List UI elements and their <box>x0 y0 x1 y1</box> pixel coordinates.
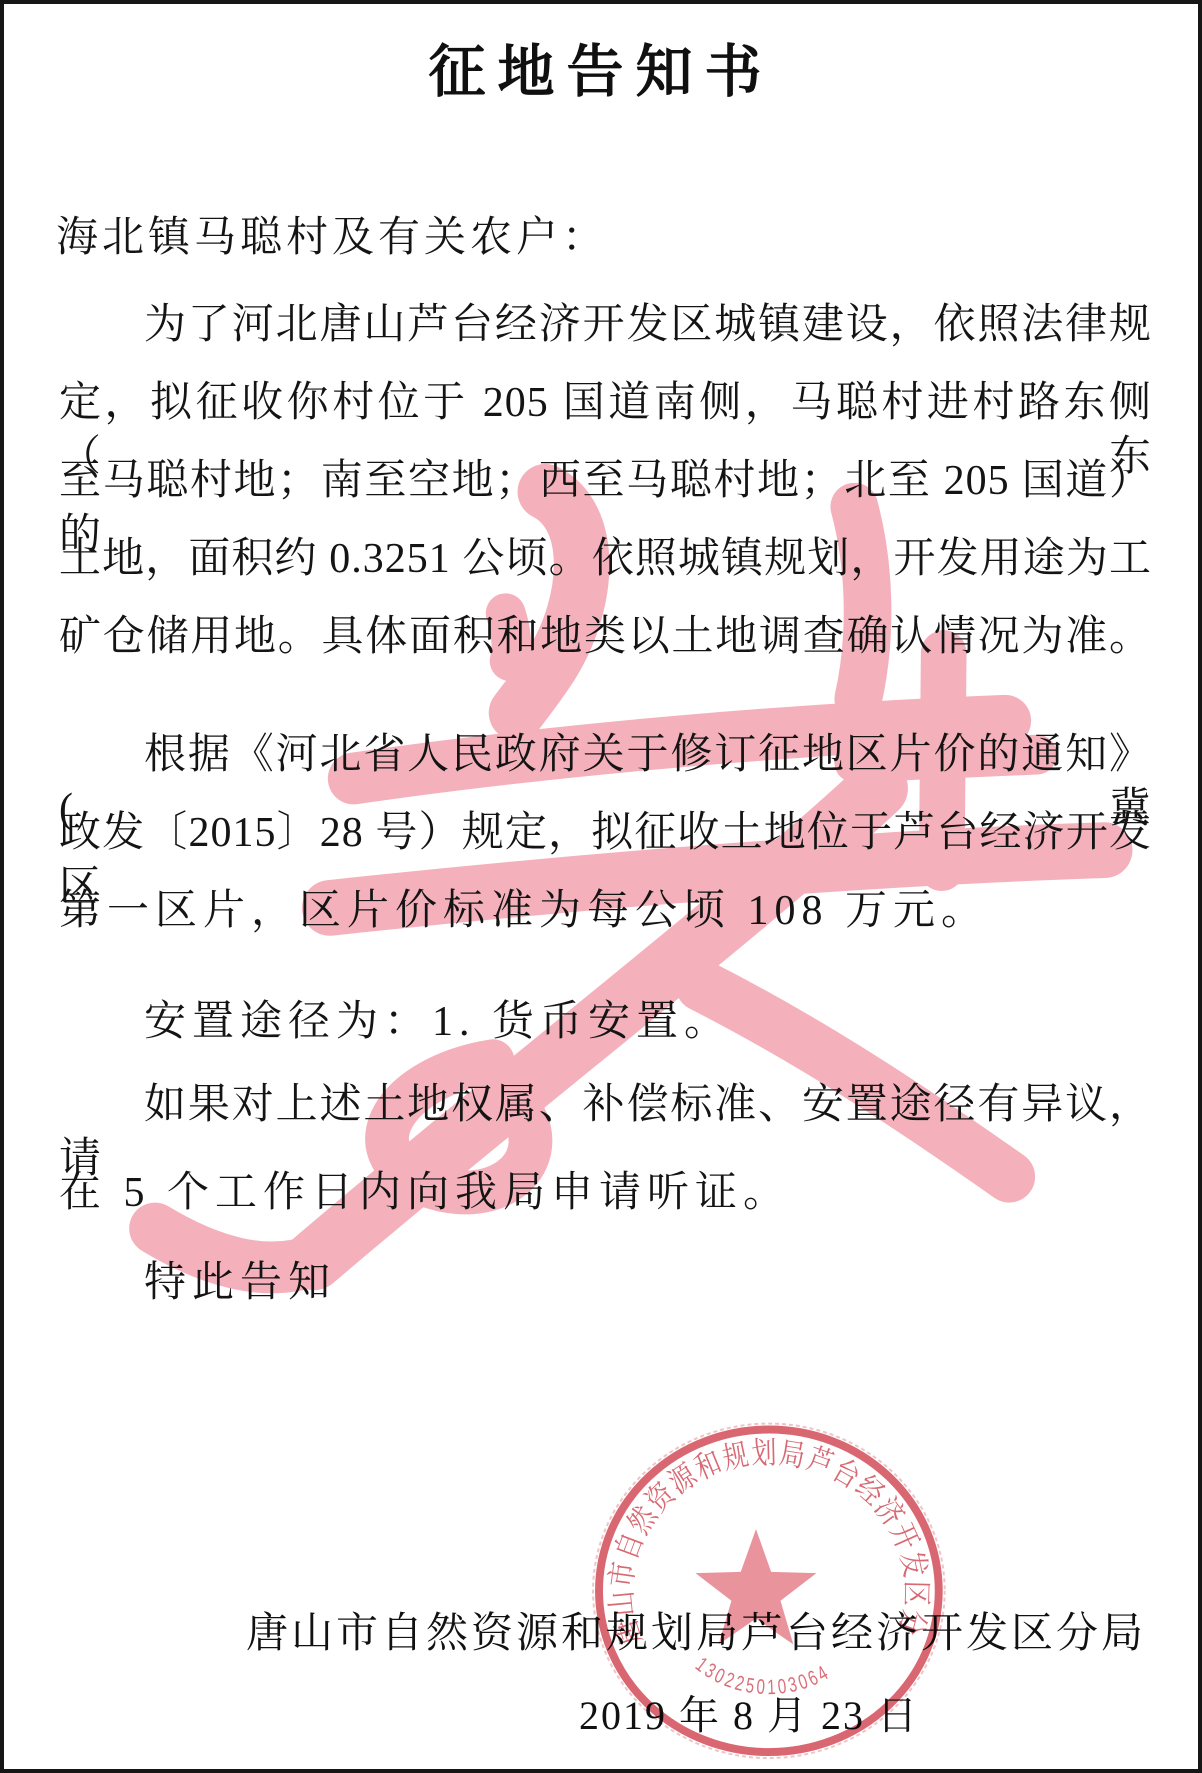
seal-code: 1302250103064 <box>691 1653 834 1699</box>
star-icon <box>695 1529 816 1644</box>
document-page: 征地告知书 海北镇马聪村及有关农户： 为了河北唐山芦台经济开发区城镇建设，依照法… <box>0 0 1202 1773</box>
official-seal: 唐山市自然资源和规划局芦台经济开发区分局 1302250103064 <box>4 4 1198 1769</box>
seal-ring-label: 唐山市自然资源和规划局芦台经济开发区分局 <box>4 4 933 1649</box>
